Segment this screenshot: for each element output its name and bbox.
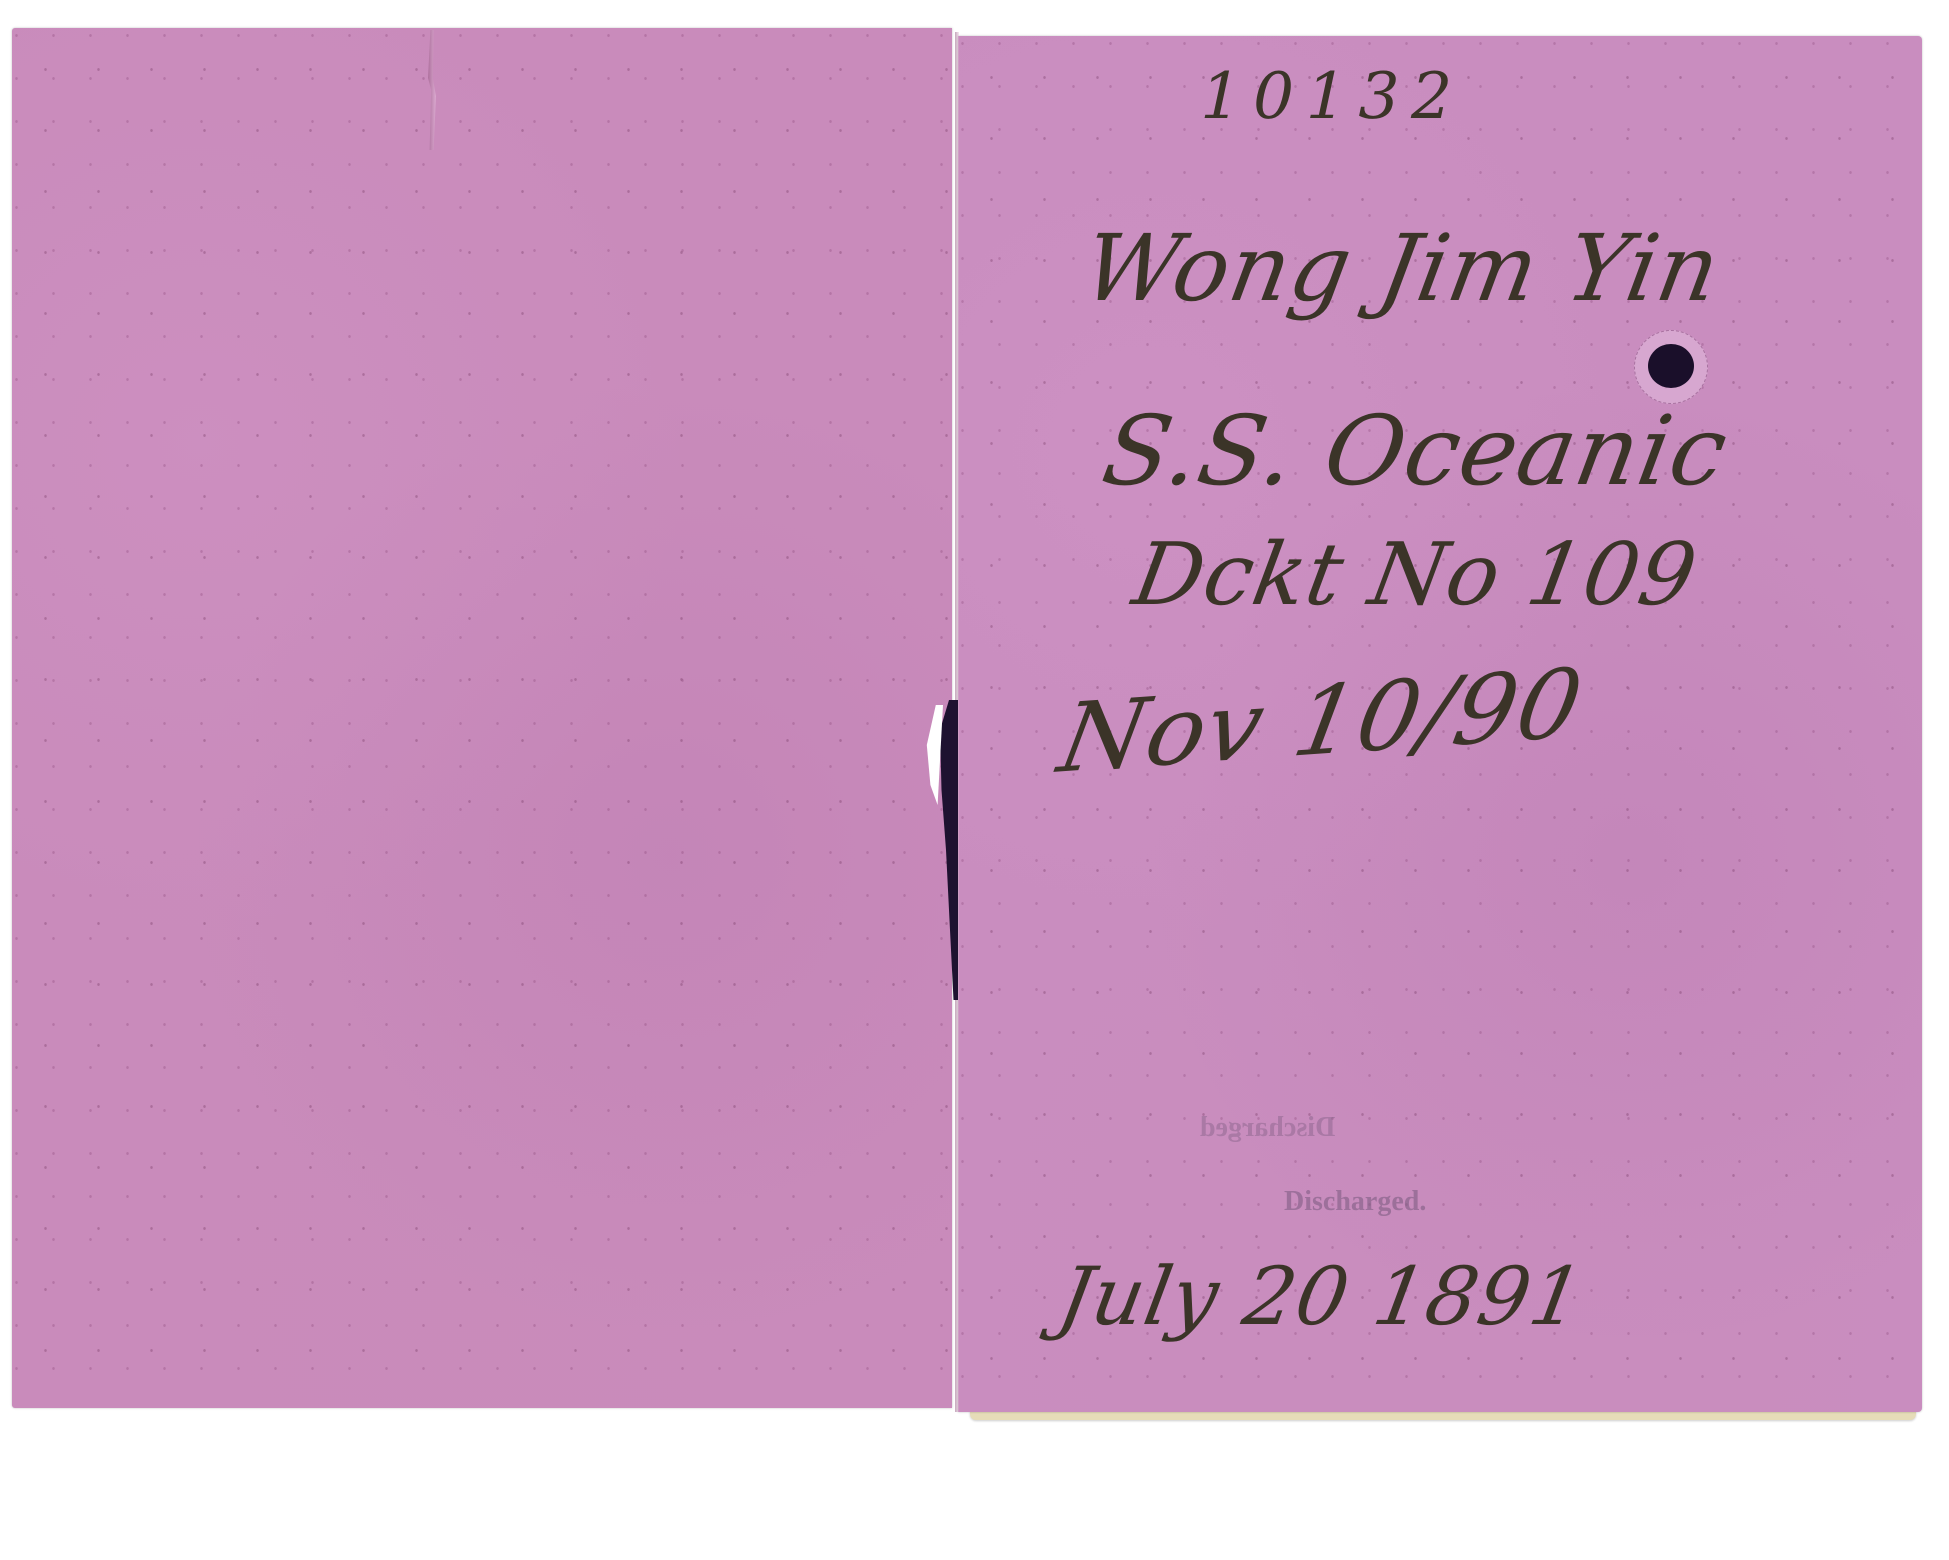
person-name: Wong Jim Yin <box>1076 215 1729 322</box>
discharge-date: July 20 1891 <box>1052 1250 1591 1343</box>
left-cover-page <box>12 28 952 1408</box>
ship-name: S.S. Oceanic <box>1095 395 1736 507</box>
printed-discharged-label: Discharged. <box>1284 1186 1426 1218</box>
punch-hole-icon <box>1648 344 1694 388</box>
docket-number: Dckt No 109 <box>1126 525 1704 625</box>
printed-bleed-through: Discharged <box>1200 1112 1335 1144</box>
record-number: 10132 <box>1192 60 1471 134</box>
